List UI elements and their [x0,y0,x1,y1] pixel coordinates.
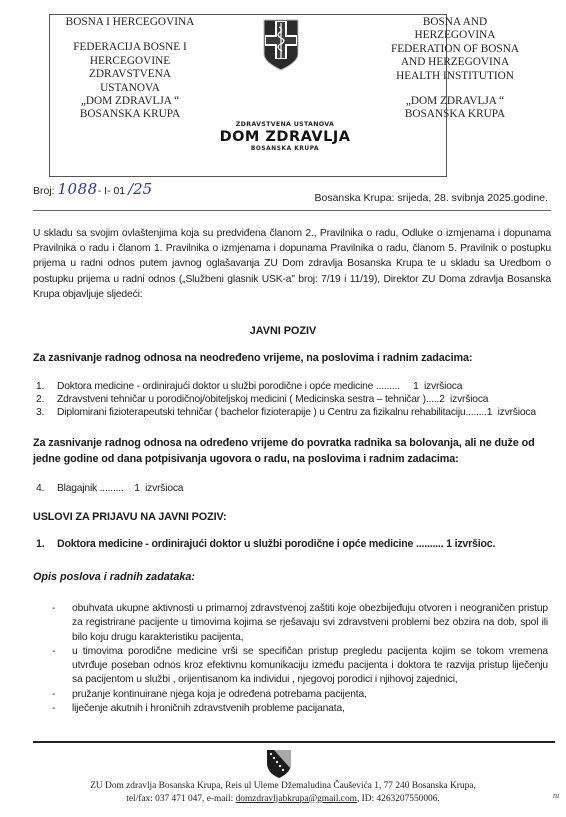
section1-heading: Za zasnivanje radnog odnosa na neodređen… [33,351,553,367]
email-link[interactable]: domzdravljabkrupa@gmail.com [236,794,357,804]
list-item-number: 1. [36,538,57,551]
list-item-number: 4. [36,483,57,496]
footer-line-1: ZU Dom zdravlja Bosanska Krupa, Reis ul … [0,780,566,793]
list-item: 2.Zdravstveni tehničar u porodičnoj/obit… [36,394,556,407]
header-right-line: HERZEGOVINA [375,29,535,42]
header-left-bosnian: BOSNA I HERCEGOVINA FEDERACIJA BOSNE IHE… [55,16,205,122]
list-item-text: Doktora medicine - ordinirajući doktor u… [57,538,495,551]
header-left-line: „DOM ZDRAVLJA “ [55,95,205,108]
bullet-text: obuhvata ukupne aktivnosti u primarnoj z… [72,602,548,645]
section2-list: 4.Blagajnik ......... 1 izvršioca [36,483,556,496]
intro-paragraph: U skladu sa svojim ovlaštenjima koja su … [33,226,551,302]
header-left-line: HERCEGOVINE [55,55,205,68]
header-right-line: HEALTH INSTITUTION [375,70,535,83]
bullet-dash-icon: - [52,702,72,716]
header-right-line: BOSNA AND [375,16,535,29]
document-title: JAVNI POZIV [0,325,566,337]
bih-coat-of-arms-icon [266,749,292,779]
reference-label: Broj: [33,185,55,197]
place-date: Bosanska Krupa: srijeda, 28. svibnja 202… [315,192,549,204]
bullet-item: -liječenje akutnih i hroničnih zdravstve… [52,702,548,716]
header-left-line: FEDERACIJA BOSNE I [55,41,205,54]
logo-institution-city: BOSANSKA KRUPA [230,146,340,152]
conditions-heading: USLOVI ZA PRIJAVU NA JAVNI POZIV: [33,510,553,526]
reference-printed: - I- 01 [98,185,125,197]
list-item: 1.Doktora medicine - ordinirajući doktor… [36,538,556,551]
bullet-item: -obuhvata ukupne aktivnosti u primarnoj … [52,602,548,645]
reference-number: Broj: 1088- I- 01 /25 [33,180,152,198]
bullet-text: liječenje akutnih i hroničnih zdravstven… [72,702,548,716]
list-item-text: Diplomirani fizioterapeutski tehničar ( … [57,407,536,420]
logo-institution-name: DOM ZDRAVLJA [215,129,355,145]
job-description-heading: Opis poslova i radnih zadataka: [33,571,195,583]
list-item-text: Zdravstveni tehničar u porodičnoj/obitel… [57,394,488,407]
section1-list: 1.Doktora medicine - ordinirajući doktor… [36,381,556,419]
section2-heading: Za zasnivanje radnog odnosa na određeno … [33,436,553,467]
bullet-item: -pružanje kontinuirane njega koja je odr… [52,688,548,702]
header-right-line: AND HERZEGOVINA [375,56,535,69]
header-left-line: BOSANSKA KRUPA [55,108,205,121]
job-description-bullets: -obuhvata ukupne aktivnosti u primarnoj … [52,602,548,716]
list-item: 1.Doktora medicine - ordinirajući doktor… [36,381,556,394]
footer-line-2: tel/fax: 037 471 047, e-mail: domzdravlj… [0,793,566,806]
list-item-number: 1. [36,381,57,394]
bullet-dash-icon: - [52,688,72,702]
bullet-item: -u timovima porodične medicine vrši se s… [52,645,548,688]
bullet-text: u timovima porodične medicine vrši se sp… [72,645,548,688]
document-page: BOSNA I HERCEGOVINA FEDERACIJA BOSNE IHE… [0,0,566,817]
header-left-line: BOSNA I HERCEGOVINA [55,16,205,29]
header-right-line: „DOM ZDRAVLJA “ [375,95,535,108]
header-right-line: FEDERATION OF BOSNA [375,43,535,56]
logo-institution-type: ZDRAVSTVENA USTANOVA [230,121,340,128]
list-item-number: 2. [36,394,57,407]
list-item-number: 3. [36,407,57,420]
header-right-line: BOSANSKA KRUPA [375,108,535,121]
corner-mark: nı [553,791,559,800]
bullet-text: pružanje kontinuirane njega koja je odre… [72,688,548,702]
header-right-english: BOSNA ANDHERZEGOVINAFEDERATION OF BOSNAA… [375,16,535,122]
handwritten-year: /25 [128,180,152,198]
divider [33,210,551,211]
header-left-line: ZDRAVSTVENA [55,68,205,81]
list-item: 3.Diplomirani fizioterapeutski tehničar … [36,407,556,420]
footer-divider [33,741,555,743]
conditions-list: 1.Doktora medicine - ordinirajući doktor… [36,538,556,551]
bullet-dash-icon: - [52,645,72,688]
footer-address: ZU Dom zdravlja Bosanska Krupa, Reis ul … [0,780,566,805]
list-item: 4.Blagajnik ......... 1 izvršioca [36,483,556,496]
bullet-dash-icon: - [52,602,72,645]
handwritten-number: 1088 [58,180,98,198]
header-left-line: USTANOVA [55,82,205,95]
list-item-text: Doktora medicine - ordinirajući doktor u… [57,381,462,394]
list-item-text: Blagajnik ......... 1 izvršioca [57,483,183,496]
caduceus-shield-icon [262,18,300,71]
